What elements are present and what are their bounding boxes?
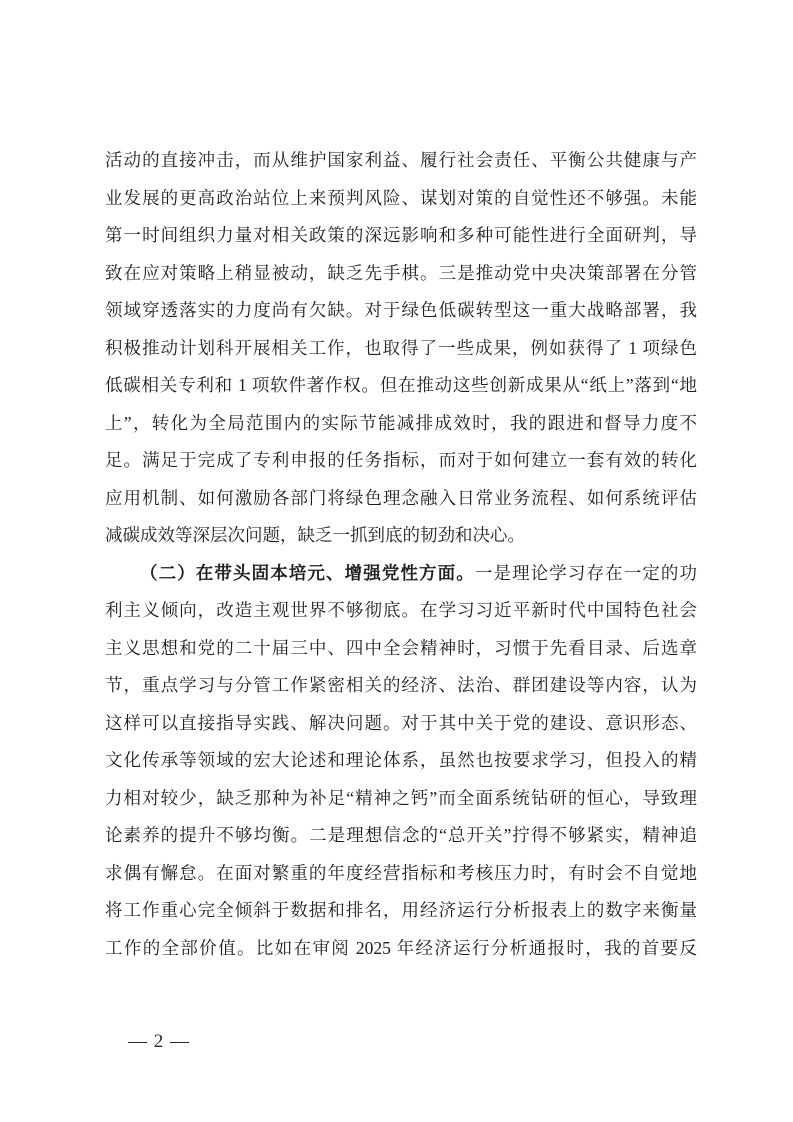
text-line: 领域穿透落实的力度尚有欠缺。对于绿色低碳转型这一重大战略部署，我 — [105, 292, 697, 330]
text-line: 应用机制、如何激励各部门将绿色理念融入日常业务流程、如何系统评估 — [105, 480, 697, 518]
text-run: 主义思想和党的二十届三中、四中全会精神时，习惯于先看目录、后选章 — [105, 638, 697, 658]
text-run: 应用机制、如何激励各部门将绿色理念融入日常业务流程、如何系统评估 — [105, 488, 697, 508]
text-line: 上”，转化为全局范围内的实际节能减排成效时，我的跟进和督导力度不 — [105, 405, 697, 443]
text-run: 工作的全部价值。比如在审阅 2025 年经济运行分析通报时，我的首要反 — [105, 938, 697, 958]
text-line: 求偶有懈怠。在面对繁重的年度经营指标和考核压力时，有时会不自觉地 — [105, 855, 697, 893]
text-line: 积极推动计划科开展相关工作，也取得了一些成果，例如获得了 1 项绿色 — [105, 330, 697, 368]
text-run: 减碳成效等深层次问题，缺乏一抓到底的韧劲和决心。 — [105, 525, 525, 545]
text-line: 第一时间组织力量对相关政策的深远影响和多种可能性进行全面研判，导 — [105, 217, 697, 255]
section-heading-run: （二）在带头固本培元、增强党性方面。 — [140, 563, 475, 583]
text-line: 业发展的更高政治站位上来预判风险、谋划对策的自觉性还不够强。未能 — [105, 180, 697, 218]
text-line: （二）在带头固本培元、增强党性方面。一是理论学习存在一定的功 — [105, 555, 697, 593]
document-page: 活动的直接冲击，而从维护国家利益、履行社会责任、平衡公共健康与产业发展的更高政治… — [0, 0, 793, 1122]
text-line: 减碳成效等深层次问题，缺乏一抓到底的韧劲和决心。 — [105, 517, 697, 555]
text-run: 论素养的提升不够均衡。二是理想信念的“总开关”拧得不够紧实，精神追 — [105, 825, 697, 845]
text-line: 将工作重心完全倾斜于数据和排名，用经济运行分析报表上的数字来衡量 — [105, 892, 697, 930]
text-run: 业发展的更高政治站位上来预判风险、谋划对策的自觉性还不够强。未能 — [105, 188, 697, 208]
text-run: 将工作重心完全倾斜于数据和排名，用经济运行分析报表上的数字来衡量 — [105, 900, 697, 920]
text-run: 低碳相关专利和 1 项软件著作权。但在推动这些创新成果从“纸上”落到“地 — [105, 375, 697, 395]
text-line: 主义思想和党的二十届三中、四中全会精神时，习惯于先看目录、后选章 — [105, 630, 697, 668]
text-line: 力相对较少，缺乏那种为补足“精神之钙”而全面系统钻研的恒心，导致理 — [105, 780, 697, 818]
text-run: 一是理论学习存在一定的功 — [475, 563, 697, 583]
text-run: 文化传承等领域的宏大论述和理论体系，虽然也按要求学习，但投入的精 — [105, 750, 697, 770]
text-run: 活动的直接冲击，而从维护国家利益、履行社会责任、平衡公共健康与产 — [105, 150, 697, 170]
text-run: 上”，转化为全局范围内的实际节能减排成效时，我的跟进和督导力度不 — [105, 413, 697, 433]
text-run: 这样可以直接指导实践、解决问题。对于其中关于党的建设、意识形态、 — [105, 713, 697, 733]
text-line: 活动的直接冲击，而从维护国家利益、履行社会责任、平衡公共健康与产 — [105, 142, 697, 180]
document-body: 活动的直接冲击，而从维护国家利益、履行社会责任、平衡公共健康与产业发展的更高政治… — [105, 142, 697, 967]
text-run: 利主义倾向，改造主观世界不够彻底。在学习习近平新时代中国特色社会 — [105, 600, 697, 620]
text-run: 领域穿透落实的力度尚有欠缺。对于绿色低碳转型这一重大战略部署，我 — [105, 300, 697, 320]
text-line: 低碳相关专利和 1 项软件著作权。但在推动这些创新成果从“纸上”落到“地 — [105, 367, 697, 405]
text-run: 求偶有懈怠。在面对繁重的年度经营指标和考核压力时，有时会不自觉地 — [105, 863, 697, 883]
text-line: 文化传承等领域的宏大论述和理论体系，虽然也按要求学习，但投入的精 — [105, 742, 697, 780]
text-line: 工作的全部价值。比如在审阅 2025 年经济运行分析通报时，我的首要反 — [105, 930, 697, 968]
text-line: 节，重点学习与分管工作紧密相关的经济、法治、群团建设等内容，认为 — [105, 667, 697, 705]
text-line: 利主义倾向，改造主观世界不够彻底。在学习习近平新时代中国特色社会 — [105, 592, 697, 630]
text-line: 这样可以直接指导实践、解决问题。对于其中关于党的建设、意识形态、 — [105, 705, 697, 743]
text-run: 足。满足于完成了专利申报的任务指标，而对于如何建立一套有效的转化 — [105, 450, 697, 470]
text-run: 积极推动计划科开展相关工作，也取得了一些成果，例如获得了 1 项绿色 — [105, 338, 697, 358]
text-line: 论素养的提升不够均衡。二是理想信念的“总开关”拧得不够紧实，精神追 — [105, 817, 697, 855]
text-run: 力相对较少，缺乏那种为补足“精神之钙”而全面系统钻研的恒心，导致理 — [105, 788, 697, 808]
text-run: 致在应对策略上稍显被动，缺乏先手棋。三是推动党中央决策部署在分管 — [105, 263, 697, 283]
text-run: 节，重点学习与分管工作紧密相关的经济、法治、群团建设等内容，认为 — [105, 675, 697, 695]
text-line: 致在应对策略上稍显被动，缺乏先手棋。三是推动党中央决策部署在分管 — [105, 255, 697, 293]
text-line: 足。满足于完成了专利申报的任务指标，而对于如何建立一套有效的转化 — [105, 442, 697, 480]
page-number: — 2 — — [128, 1031, 190, 1053]
text-run: 第一时间组织力量对相关政策的深远影响和多种可能性进行全面研判，导 — [105, 225, 697, 245]
